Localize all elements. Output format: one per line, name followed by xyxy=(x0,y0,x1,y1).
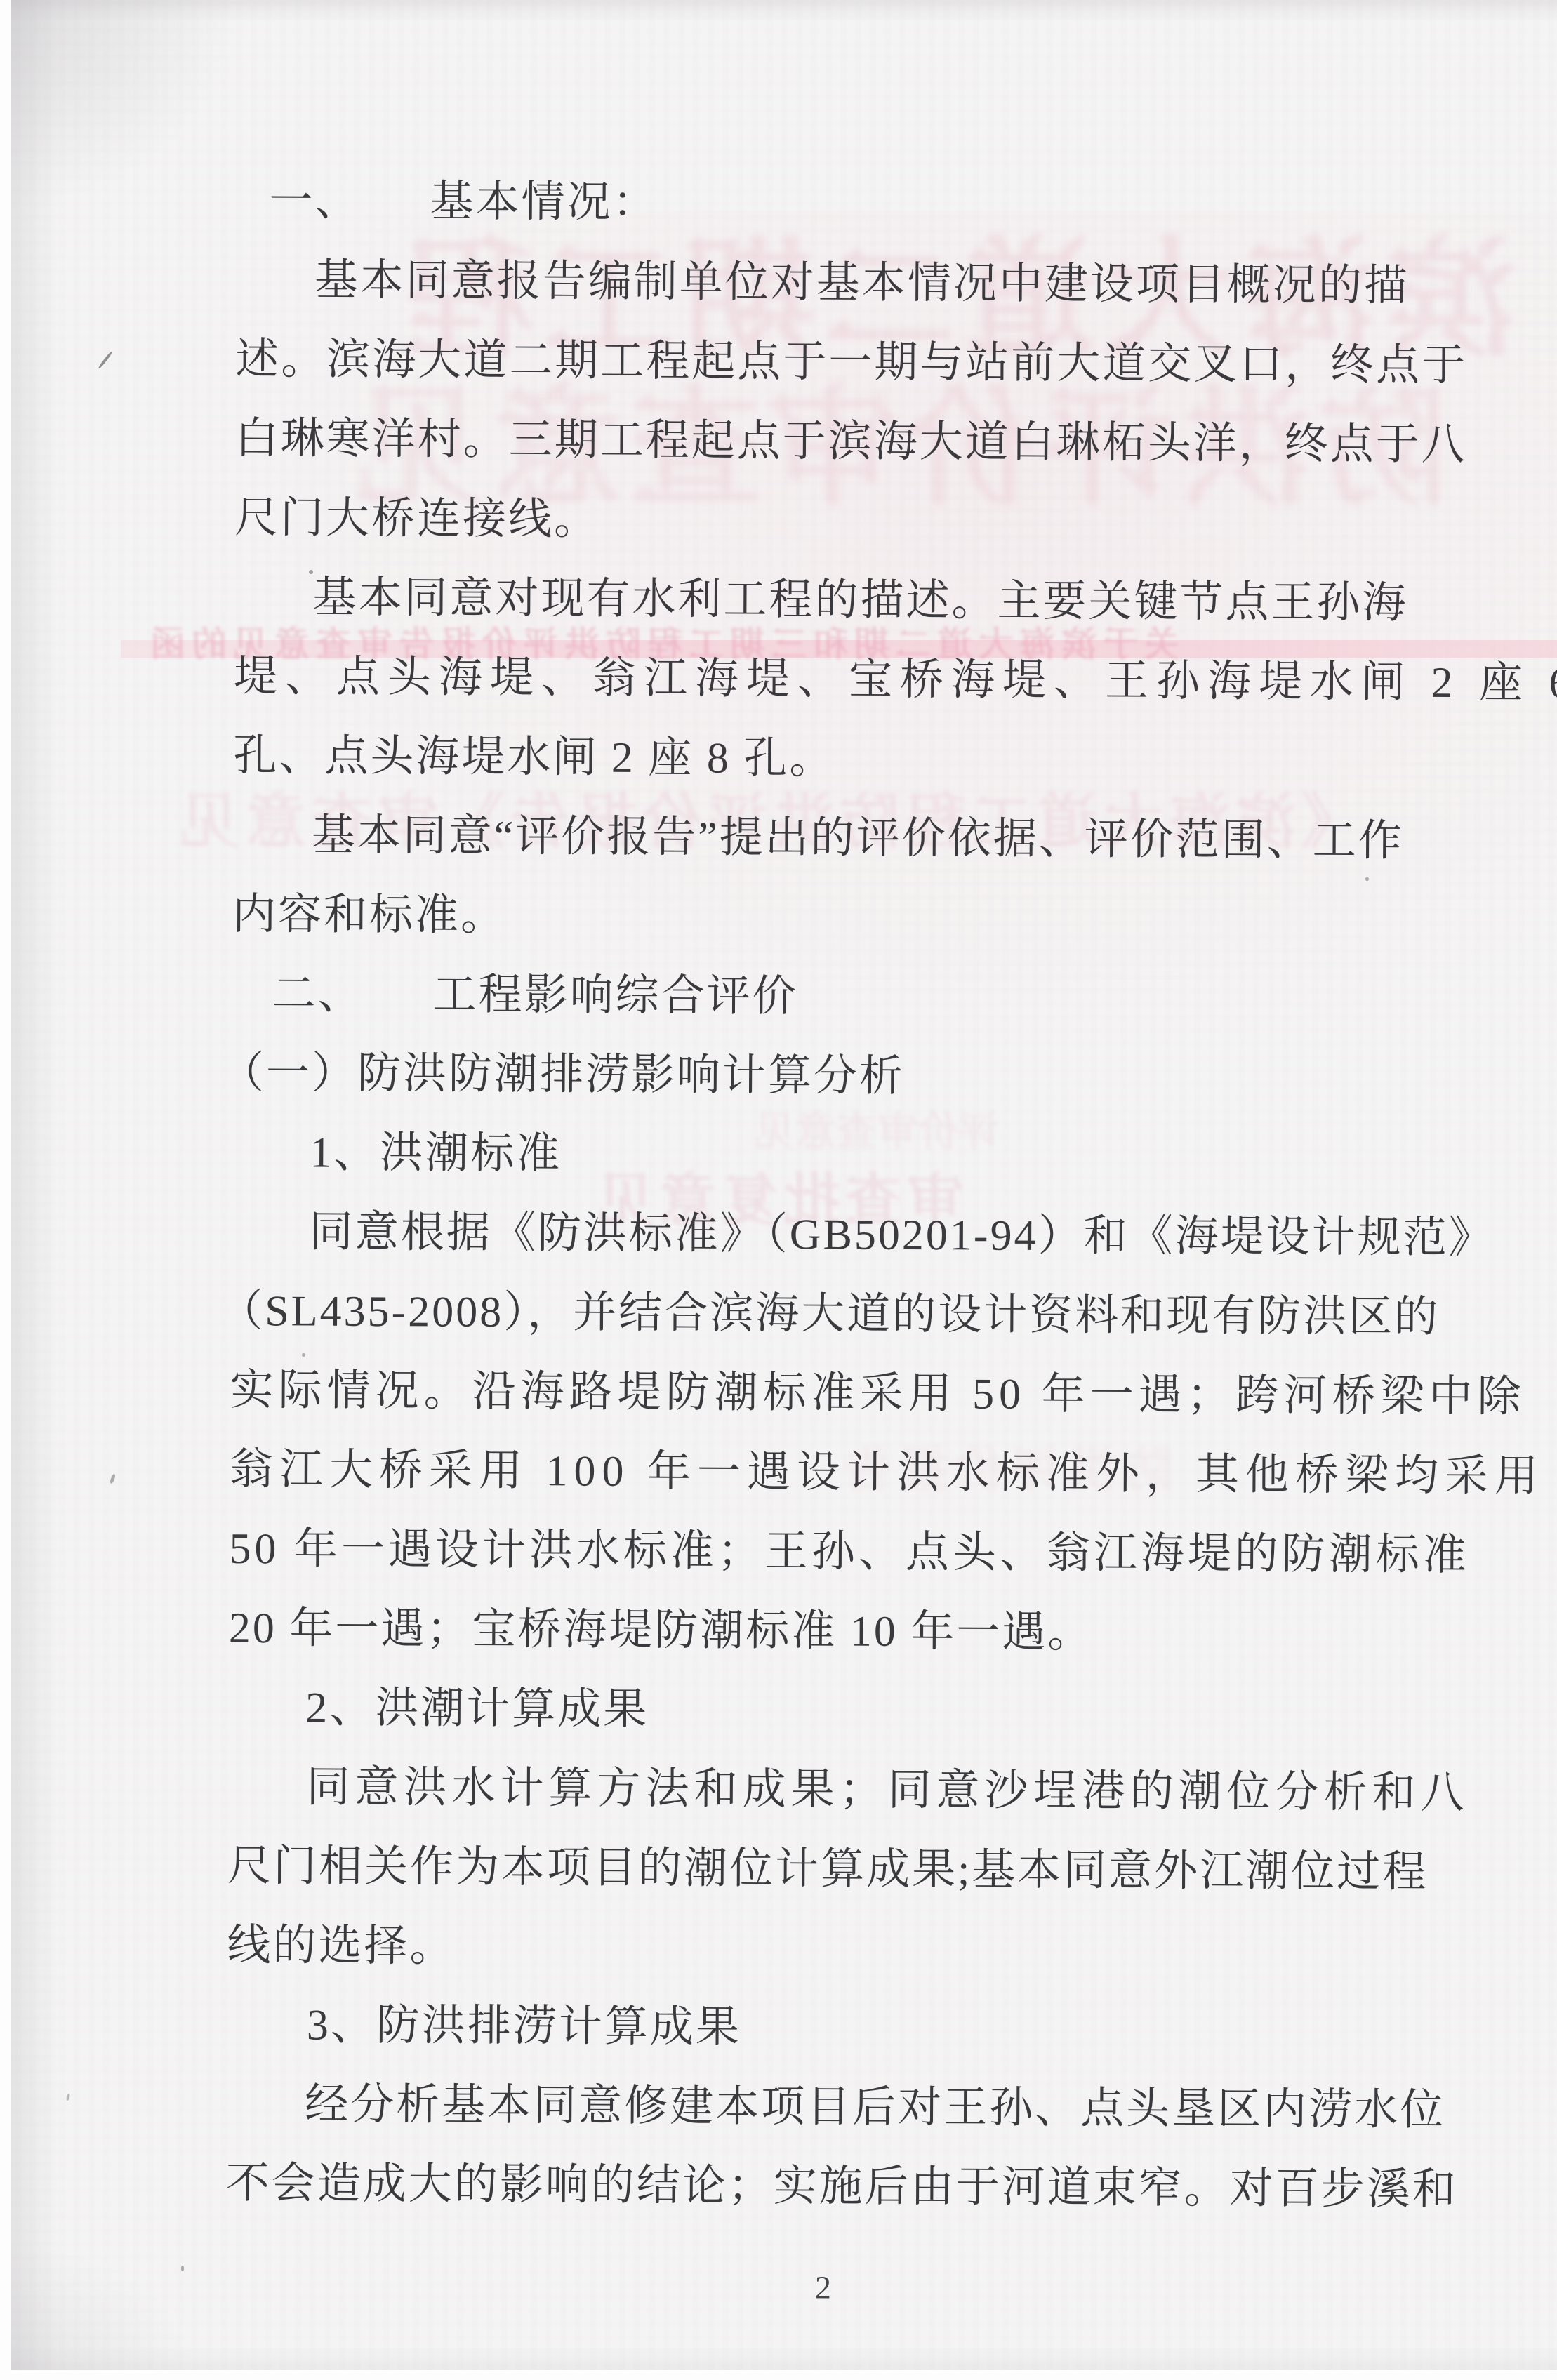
item-1-heading: 1、洪潮标准 xyxy=(310,1131,562,1176)
body-line-05: 尺门大桥连接线。 xyxy=(234,496,599,542)
body-line-25: 经分析基本同意修建本项目后对王孙、点头垦区内涝水位 xyxy=(305,2083,1445,2133)
body-line-15: （SL435-2008），并结合滨海大道的设计资料和现有防洪区的 xyxy=(219,1289,1440,1339)
body-line-03: 述。滨海大道二期工程起点于一期与站前大道交叉口，终点于 xyxy=(235,338,1467,387)
body-line-22: 尺门相关作为本项目的潮位计算成果;基本同意外江潮位过程 xyxy=(227,1844,1429,1894)
item-2-heading: 2、洪潮计算成果 xyxy=(305,1687,649,1732)
body-line-17: 翁江大桥采用 100 年一遇设计洪水标准外，其他桥梁均采用 xyxy=(230,1448,1544,1498)
scanner-edge-left xyxy=(0,0,11,2380)
section-1-heading: 一、 基本情况： xyxy=(269,179,658,225)
body-line-07: 堤、点头海堤、翁江海堤、宝桥海堤、王孙海堤水闸 2 座 6 xyxy=(234,655,1557,705)
body-line-14: 同意根据《防洪标准》（GB50201-94）和《海堤设计规范》 xyxy=(310,1211,1495,1261)
body-line-04: 白琳寒洋村。三期工程起点于滨海大道白琳柘头洋，终点于八 xyxy=(235,417,1467,467)
body-line-19: 20 年一遇；宝桥海堤防潮标准 10 年一遇。 xyxy=(229,1607,1094,1654)
page-number: 2 xyxy=(815,2271,831,2303)
body-line-21: 同意洪水计算方法和成果；同意沙埕港的潮位分析和八 xyxy=(306,1766,1469,1816)
body-line-18: 50 年一遇设计洪水标准；王孙、点头、翁江海堤的防潮标准 xyxy=(229,1527,1470,1577)
scanned-document-page: 滨海大道二期工程 防洪评价审查意见 关于滨海大道二期和三期工程防洪评价报告审查意… xyxy=(0,0,1557,2380)
body-line-06: 基本同意对现有水利工程的描述。主要关键节点王孙海 xyxy=(312,576,1407,625)
body-line-16: 实际情况。沿海路堤防潮标准采用 50 年一遇；跨河桥梁中除 xyxy=(230,1369,1525,1419)
body-line-23: 线的选择。 xyxy=(227,1924,455,1969)
body-line-02: 基本同意报告编制单位对基本情况中建设项目概况的描 xyxy=(314,259,1410,308)
body-line-09: 基本同意“评价报告”提出的评价依据、评价范围、工作 xyxy=(312,814,1404,863)
subsection-1-heading: （一）防洪防潮排涝影响计算分析 xyxy=(220,1051,905,1098)
scanner-edge-bottom xyxy=(0,2370,1557,2380)
item-3-heading: 3、防洪排涝计算成果 xyxy=(307,2004,741,2049)
section-2-heading: 二、 工程影响综合评价 xyxy=(272,972,797,1018)
document-text-layer: 一、 基本情况： 基本同意报告编制单位对基本情况中建设项目概况的描 述。滨海大道… xyxy=(0,0,1557,2380)
body-line-08: 孔、点头海堤水闸 2 座 8 孔。 xyxy=(233,734,835,780)
body-line-26: 不会造成大的影响的结论；实施后由于河道束窄。对百步溪和 xyxy=(226,2162,1458,2212)
body-line-10: 内容和标准。 xyxy=(232,893,506,938)
